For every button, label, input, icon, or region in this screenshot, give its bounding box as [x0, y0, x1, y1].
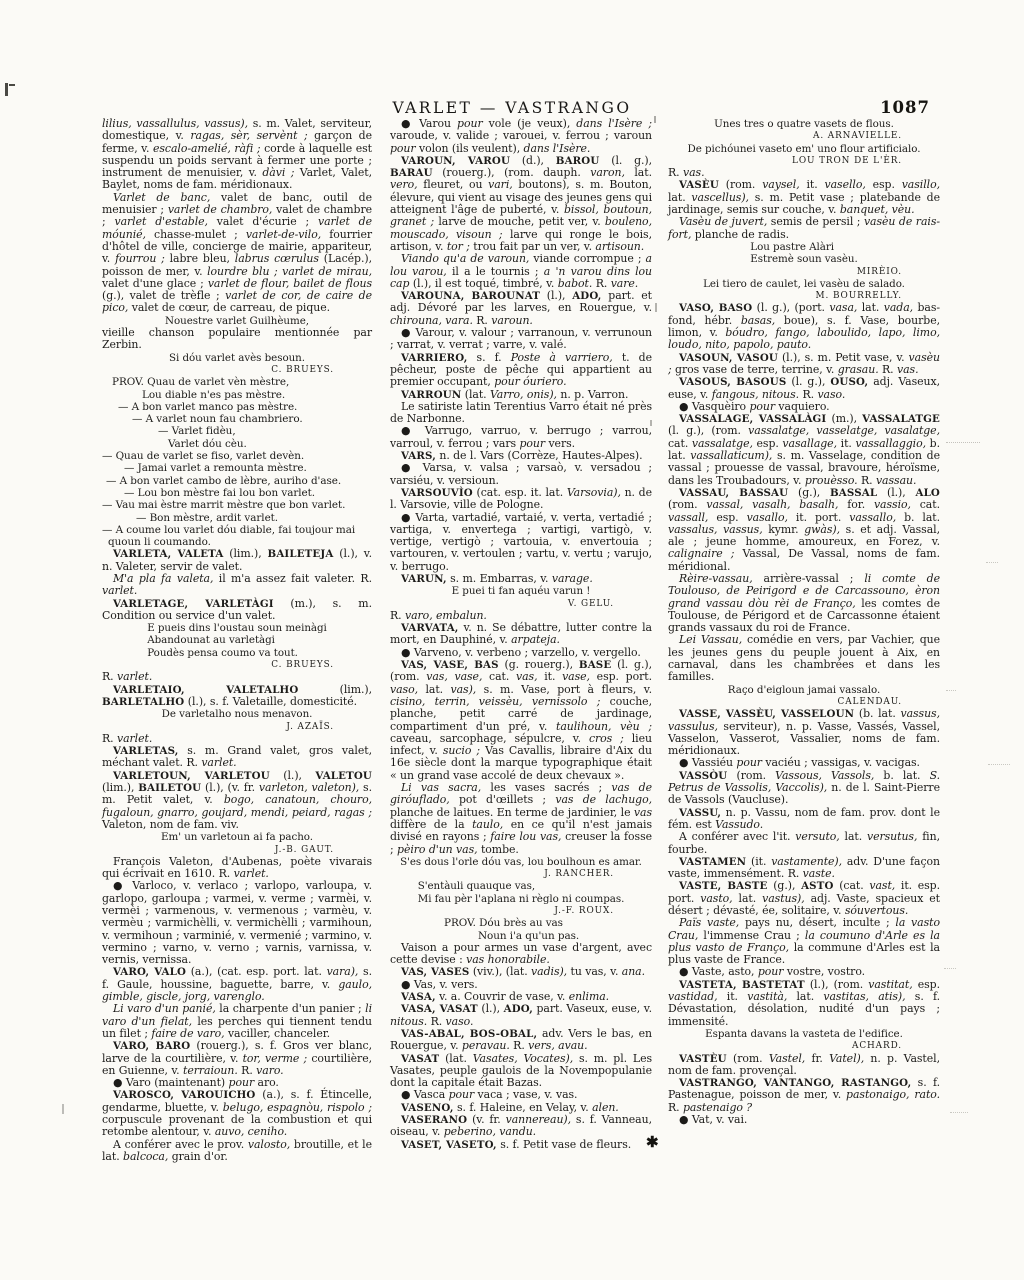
italic-text: dans l'Isère. [524, 142, 591, 155]
italic-text: vasallo, [747, 511, 788, 524]
italic-text: peravau. [462, 1039, 510, 1052]
paragraph: Païs vaste, pays nu, désert, inculte ; l… [668, 917, 940, 966]
headword: VARO, BARO [113, 1040, 190, 1052]
italic-text: Vastel, [769, 1052, 805, 1065]
scan-artifact [986, 562, 998, 563]
italic-text: pour [390, 142, 416, 155]
headword: BARAU [390, 167, 433, 179]
verse-line: Espanta davans la vasteta de l'edifice. [705, 1028, 903, 1040]
italic-text: vascellus), [691, 191, 749, 204]
citation-attribution: J.-F. ROUX. [390, 905, 652, 917]
entry-paragraph: VARO, VALO (a.), (cat. esp. port. lat. v… [102, 966, 372, 1003]
verse-line: Mi fau pèr l'aplana ni règlo ni coumpas. [418, 893, 625, 905]
verse-quote: De pichóunei vaseto em' uno flour artifi… [668, 143, 940, 155]
cross-reference-paragraph: ● Vat, v. vai. [668, 1114, 940, 1126]
italic-text: vastamente), [771, 855, 842, 868]
headword: VARUN, [401, 573, 447, 585]
italic-text: vare. [611, 277, 639, 290]
headword: VAROUN, VAROU [401, 155, 510, 167]
cross-reference-paragraph: ● Vasquèiro pour vaquiero. [668, 401, 940, 413]
headword: VAROSCO, VAROUICHO [113, 1089, 256, 1101]
italic-text: bogo, canatoun, chouro, fugaloun, gnarro… [102, 793, 372, 818]
entry-paragraph: VARLETAS, s. m. Grand valet, gros valet,… [102, 745, 372, 770]
proverb-line: — Quau de varlet se fiso, varlet devèn. [102, 450, 372, 462]
headword: VASOUS, BASOUS [679, 376, 786, 388]
italic-text: vas, vase, [426, 670, 482, 683]
scan-artifact [946, 442, 980, 443]
italic-text: vas. [683, 166, 705, 179]
paragraph: Lei Vassau, comédie en vers, par Vachier… [668, 634, 940, 683]
verse-quote: Unes tres o quatre vasets de flous. [668, 118, 940, 130]
proverb-line: — Vau mai èstre marrit mèstre que bon va… [102, 499, 372, 511]
headword: ALO [915, 487, 940, 499]
italic-text: varlet. [117, 732, 152, 745]
headword: VARVATA, [401, 622, 459, 634]
citation-attribution: MIRÈIO. [668, 266, 940, 278]
headword: VASA, VASAT [401, 1003, 478, 1015]
headword: VARROUN [401, 389, 461, 401]
entry-paragraph: VASSU, n. p. Vassu, nom de fam. prov. do… [668, 807, 940, 832]
italic-text: sucio ; [443, 744, 480, 757]
entry-paragraph: VARO, BARO (rouerg.), s. f. Gros ver bla… [102, 1040, 372, 1077]
italic-text: pèiro d'un vas, [397, 843, 478, 856]
verse-line: Raço d'eigloun jamai vassalo. [728, 684, 880, 696]
headword: VAS-ABAL, BOS-OBAL, [401, 1028, 537, 1040]
headword: VASSU, [679, 807, 721, 819]
verse-lines: De varletalho nous menavon. [162, 708, 313, 720]
column-2: ● Varou pour vole (je veux), dans l'Isèr… [390, 118, 652, 1163]
headword: VASTETA, BASTETAT [679, 979, 805, 991]
italic-text: vase, [562, 670, 590, 683]
scan-artifact [944, 968, 956, 969]
italic-text: varlet. [201, 756, 236, 769]
italic-text: balcoca, [123, 1150, 168, 1163]
verse-lines: Em' un varletoun ai fa pacho. [161, 831, 313, 843]
headword: VASTAMEN [679, 856, 746, 868]
italic-text: prouèsso. [805, 474, 858, 487]
italic-text: cisino, terrin, veissèu, vernissolo ; [390, 695, 600, 708]
entry-paragraph: VARROUN (lat. Varro, onis), n. p. Varron… [390, 389, 652, 401]
italic-text: Poste à varriero, [511, 351, 613, 364]
italic-text: pour [229, 1076, 255, 1089]
italic-text: Païs vaste, [679, 916, 739, 929]
citation-attribution: J.-B. GAUT. [102, 844, 372, 856]
italic-text: M'a pla fa valeta, [113, 572, 213, 585]
italic-text: varo, embalun. [405, 609, 487, 622]
headword: ADO, [504, 1003, 533, 1015]
verse-quote: E pueis dins l'oustau soun meinàgiAbando… [102, 622, 372, 659]
proverb-line: Lou diable n'es pas mèstre. [102, 389, 372, 401]
italic-text: faire lou vas, [490, 830, 561, 843]
cross-reference-paragraph: ● Varour, v. valour ; varranoun, v. verr… [390, 327, 652, 352]
italic-text: tor ; [447, 240, 470, 253]
italic-text: chirouna, vara. [390, 314, 473, 327]
headword: VASENO, [401, 1102, 454, 1114]
page-number: 1087 [880, 98, 930, 117]
headword: ADO, [572, 290, 601, 302]
italic-text: pastonaigo, rato. [846, 1088, 940, 1101]
entry-paragraph: VASTAMEN (it. vastamente), adv. D'une fa… [668, 856, 940, 881]
entry-paragraph: VARLETAGE, VARLETÀGI (m.), s. m. Conditi… [102, 598, 372, 623]
entry-paragraph: VAROUNA, BAROUNAT (l.), ADO, part. et ad… [390, 290, 652, 327]
headword: VASSE, VASSÈU, VASSELOUN [679, 708, 854, 720]
italic-text: varleton, valeton), [259, 781, 359, 794]
paragraph: Vaison a pour armes un vase d'argent, av… [390, 942, 652, 967]
entry-paragraph: VAS, VASE, BAS (g. rouerg.), BASE (l. g.… [390, 659, 652, 782]
italic-text: varlet d'estable, [114, 215, 207, 228]
entry-paragraph: VASSALAGE, VASSALÀGI (m.), VASSALATGE (l… [668, 413, 940, 487]
headword: VARLETAIO, VALETALHO [113, 684, 298, 696]
entry-paragraph: VARLETOUN, VARLETOU (l.), VALETOU (lim.)… [102, 770, 372, 831]
running-head: VARLET — VASTRANGO [0, 99, 1024, 117]
italic-text: bóudro, fango, laboulido, lapo, limo, lo… [668, 326, 940, 351]
verse-line: Lei tiero de caulet, lei vasèu de salado… [703, 278, 905, 290]
italic-text: calignaire ; [668, 547, 734, 560]
entry-paragraph: VASÈU (rom. vaysel, it. vasello, esp. va… [668, 179, 940, 216]
italic-text: varoun. [491, 314, 533, 327]
italic-text: varo. [256, 1064, 283, 1077]
paragraph: A conférer avec le prov. valosto, brouti… [102, 1139, 372, 1164]
paragraph: Le satiriste latin Terentius Varro était… [390, 401, 652, 426]
verse-line: Unes tres o quatre vasets de flous. [714, 118, 894, 130]
italic-text: vassallo, [849, 511, 896, 524]
headword: VAS, VASES [401, 966, 469, 978]
italic-text: varlet de mirau, [282, 265, 372, 278]
text-columns: lilius, vassallulus, vassus), s. m. Vale… [102, 118, 940, 1163]
italic-text: Vatel), [829, 1052, 864, 1065]
italic-text: pour [519, 437, 545, 450]
italic-text: Lei Vassau, [679, 633, 742, 646]
headword: VARS, [401, 450, 436, 462]
verse-quote: Lei tiero de caulet, lei vasèu de salado… [668, 278, 940, 290]
italic-text: varlet. [117, 670, 152, 683]
verse-line: Em' un varletoun ai fa pacho. [161, 831, 313, 843]
italic-text: vaso. [446, 1015, 474, 1028]
italic-text: pour [449, 1088, 475, 1101]
italic-text: banquet, vèu. [840, 203, 915, 216]
dictionary-page: VARLET — VASTRANGO 1087 lilius, vassallu… [0, 0, 1024, 1280]
paragraph: Varlet de banc, valet de banc, outil de … [102, 192, 372, 315]
citation-attribution: J. RANCHER. [390, 868, 652, 880]
proverb-line: — A coume lou varlet dóu diable, fai tou… [102, 524, 372, 536]
italic-text: Vasates, Vocates), [473, 1052, 573, 1065]
headword: VASTE, BASTE [679, 880, 768, 892]
paragraph: Li varo d'un panié, la charpente d'un pa… [102, 1003, 372, 1040]
italic-text: versuto, [795, 830, 839, 843]
verse-lines: Unes tres o quatre vasets de flous. [714, 118, 894, 130]
italic-text: pour [758, 965, 784, 978]
verse-line: De pichóunei vaseto em' uno flour artifi… [688, 143, 921, 155]
column-3: Unes tres o quatre vasets de flous.A. AR… [668, 118, 940, 1163]
italic-text: vasallage, [782, 437, 837, 450]
italic-text: vas de lachugo, [555, 793, 652, 806]
proverb-line: Varlet dóu cèu. [102, 438, 372, 450]
italic-text: Vassous, Vassols, [775, 769, 874, 782]
entry-paragraph: VASSÒU (rom. Vassous, Vassols, b. lat. S… [668, 770, 940, 807]
italic-text: vers, avau. [528, 1039, 587, 1052]
italic-text: vaste. [803, 867, 835, 880]
entry-paragraph: VASET, VASETO, s. f. Petit vase de fleur… [390, 1139, 652, 1151]
italic-text: belugo, espagnòu, rispolo ; [223, 1101, 372, 1114]
headword: BAROU [556, 155, 600, 167]
entry-paragraph: VASAT (lat. Vasates, Vocates), s. m. pl.… [390, 1053, 652, 1090]
proverb-lines: PROV. Dóu brès au vasNoun i'a qu'un pas. [390, 917, 652, 942]
scan-artifact [988, 764, 1010, 765]
italic-text: babot. [558, 277, 593, 290]
italic-text: Li vas sacra, [401, 781, 481, 794]
entry-paragraph: VASTRANGO, VANTANGO, RASTANGO, s. f. Pas… [668, 1077, 940, 1114]
entry-paragraph: VASA, VASAT (l.), ADO, part. Vaseux, eus… [390, 1003, 652, 1028]
italic-text: gaulo, gimble, giscle, jorg, varenglo. [102, 978, 372, 1003]
italic-text: vassalatge, [692, 437, 753, 450]
entry-paragraph: VARRIERO, s. f. Poste à varriero, t. de … [390, 352, 652, 389]
italic-text: taulo, [472, 818, 503, 831]
italic-text: varlet de cor, de caire de pico, [102, 289, 372, 314]
entry-paragraph: VARVATA, v. n. Se débattre, lutter contr… [390, 622, 652, 647]
headword: VALETOU [315, 770, 372, 782]
citation-attribution: A. ARNAVIELLE. [668, 130, 940, 142]
italic-text: taulihoun, vèu ; [556, 720, 652, 733]
italic-text: vasillo, [902, 178, 940, 191]
verse-lines: S'es dous l'orle dóu vas, lou boulhoun e… [400, 856, 642, 868]
verse-line: E puei ti fan aquéu varun ! [452, 585, 591, 597]
italic-text: pour [736, 756, 762, 769]
verse-lines: Si dóu varlet avès besoun. [169, 352, 305, 364]
entry-paragraph: VASSAU, BASSAU (g.), BASSAL (l.), ALO (r… [668, 487, 940, 573]
italic-text: vassall, [668, 511, 708, 524]
scan-artifact [654, 116, 656, 123]
headword: VARRIERO, [401, 352, 467, 364]
paragraph: Vasèu de juvert, semis de persil ; vasèu… [668, 216, 940, 241]
scan-artifact [650, 420, 652, 426]
italic-text: ragas, sèr, servènt ; [190, 129, 307, 142]
italic-text: Varsovia), [567, 486, 621, 499]
verse-lines: Espanta davans la vasteta de l'edifice. [705, 1028, 903, 1040]
headword: BASE [579, 659, 611, 671]
italic-text: faire de varo, [151, 1027, 224, 1040]
verse-quote: Lou pastre AlàriEstremè soun vasèu. [668, 241, 940, 266]
italic-text: la coumuno d'Arle es la plus vasto de Fr… [668, 929, 940, 954]
entry-paragraph: VAS, VASES (viv.), (lat. vadis), tu vas,… [390, 966, 652, 978]
italic-text: vastus), [762, 892, 805, 905]
entry-paragraph: VAS-ABAL, BOS-OBAL, adv. Vers le bas, en… [390, 1028, 652, 1053]
cross-reference-paragraph: ● Varloco, v. verlaco ; varlopo, varloup… [102, 880, 372, 966]
cross-reference-paragraph: ● Varou pour vole (je veux), dans l'Isèr… [390, 118, 652, 155]
paragraph: Viando qu'a de varoun, viande corrompue … [390, 253, 652, 290]
italic-text: vas), [451, 683, 477, 696]
proverb-line: — A varlet noun fau chambriero. [102, 413, 372, 425]
italic-text: versutus, [867, 830, 917, 843]
entry-paragraph: VAROSCO, VAROUICHO (a.), s. f. Étincelle… [102, 1089, 372, 1138]
proverb-line: — Jamai varlet a remounta mèstre. [102, 462, 372, 474]
verse-quote: Espanta davans la vasteta de l'edifice. [668, 1028, 940, 1040]
italic-text: artisoun. [595, 240, 644, 253]
headword: VAROUNA, BAROUNAT [401, 290, 540, 302]
verse-quote: S'es dous l'orle dóu vas, lou boulhoun e… [390, 856, 652, 868]
italic-text: pour [749, 400, 775, 413]
headword: VASSALATGE [862, 413, 940, 425]
italic-text: dàvi ; [262, 166, 294, 179]
entry-paragraph: VASO, BASO (l. g.), (port. vasa, lat. va… [668, 302, 940, 351]
paragraph: François Valeton, d'Aubenas, poète vivar… [102, 856, 372, 881]
headword: ASTO [801, 880, 833, 892]
headword: VASÈU [679, 179, 719, 191]
headword: BAILETOU [138, 782, 201, 794]
headword: VASO, BASO [679, 302, 752, 314]
verse-line: S'entàuli quauque vas, [418, 880, 625, 892]
italic-text: lourdre blu ; [207, 265, 278, 278]
italic-text: Rèire-vassau, [679, 572, 753, 585]
italic-text: Li varo d'un panié, [113, 1002, 216, 1015]
continuation-paragraph: vieille chanson populaire mentionnée par… [102, 327, 372, 352]
italic-text: dans l'Isère ; [576, 117, 652, 130]
headword: OUSO, [830, 376, 868, 388]
cross-reference-paragraph: ● Varrugo, varruo, v. berrugo ; varrou, … [390, 425, 652, 450]
italic-text: vara), [327, 965, 359, 978]
proverb-line: PROV. Quau de varlet vèn mèstre, [102, 376, 372, 388]
headword: VASAT [401, 1053, 439, 1065]
italic-text: varon, [590, 166, 625, 179]
headword: VARO, VALO [113, 966, 186, 978]
italic-text: grasau. [838, 363, 879, 376]
verse-lines: Raço d'eigloun jamai vassalo. [728, 684, 880, 696]
verse-lines: Lei tiero de caulet, lei vasèu de salado… [703, 278, 905, 290]
italic-text: lilius, vassallulus, vassus), [102, 117, 248, 130]
paragraph: A conférer avec l'it. versuto, lat. vers… [668, 831, 940, 856]
italic-text: peberino, vandu. [444, 1125, 536, 1138]
paragraph: M'a pla fa valeta, il m'a assez fait val… [102, 573, 372, 598]
italic-text: varage. [552, 572, 593, 585]
italic-text: pour [457, 117, 483, 130]
italic-text: vassio, [874, 498, 911, 511]
italic-text: varlet. [102, 584, 137, 597]
italic-text: Vasèu de juvert, [679, 215, 767, 228]
scan-artifact [9, 84, 15, 86]
italic-text: sóuvertous. [845, 904, 908, 917]
citation-attribution: C. BRUEYS. [102, 364, 372, 376]
italic-text: vannereau), [506, 1113, 571, 1126]
entry-paragraph: VARLETAIO, VALETALHO (lim.), BARLETALHO … [102, 684, 372, 709]
italic-text: gwàs), [804, 523, 840, 536]
italic-text: fourrou ; [115, 252, 165, 265]
headword: BAILETEJA [268, 548, 334, 560]
headword: VASSALAGE, VASSALÀGI [679, 413, 826, 425]
italic-text: vastitas, atis), [823, 990, 905, 1003]
italic-text: Varro, onis), [490, 388, 557, 401]
paragraph: Rèire-vassau, arrière-vassal ; li comte … [668, 573, 940, 634]
italic-text: basas, [741, 314, 775, 327]
verse-line: Si dóu varlet avès besoun. [169, 352, 305, 364]
italic-text: nitous. [390, 1015, 427, 1028]
entry-paragraph: VARUN, s. m. Embarras, v. varage. [390, 573, 652, 585]
italic-text: vasa, [829, 301, 857, 314]
italic-text: varlet. [234, 867, 269, 880]
italic-text: auvo, ceniho. [215, 1125, 287, 1138]
italic-text: vassal, vasalh, basalh, [706, 498, 838, 511]
cross-reference-paragraph: ● Varta, vartadié, vartaié, v. verta, ve… [390, 512, 652, 573]
italic-text: vero, [390, 178, 418, 191]
italic-text: vari, [488, 178, 513, 191]
italic-text: Varlet de banc, [113, 191, 210, 204]
verse-line: S'es dous l'orle dóu vas, lou boulhoun e… [400, 856, 642, 868]
verse-quote: S'entàuli quauque vas,Mi fau pèr l'aplan… [390, 880, 652, 905]
italic-text: alen. [592, 1101, 619, 1114]
italic-text: Vassudo. [715, 818, 763, 831]
headword: VARLETA, VALETA [113, 548, 223, 560]
italic-text: vast, [869, 879, 895, 892]
proverb-line: PROV. Dóu brès au vas [390, 917, 652, 929]
headword: VASTÈU [679, 1053, 727, 1065]
cross-reference-paragraph: ● Varsa, v. valsa ; varsaò, v. versadou … [390, 462, 652, 487]
paragraph: Li vas sacra, les vases sacrés ; vas de … [390, 782, 652, 856]
proverb-line: — Bon mèstre, ardit varlet. [102, 512, 372, 524]
proverb-line: — A bon varlet manco pas mèstre. [102, 401, 372, 413]
headword: BASSAL [830, 487, 877, 499]
entry-paragraph: VASOUN, VASOU (l.), s. m. Petit vase, v.… [668, 352, 940, 377]
headword: VARSOUVÌO [401, 487, 473, 499]
continuation-paragraph: R. varlet. [102, 671, 372, 683]
entry-paragraph: VASTÈU (rom. Vastel, fr. Vatel), n. p. V… [668, 1053, 940, 1078]
verse-quote: Raço d'eigloun jamai vassalo. [668, 684, 940, 696]
italic-text: varlet de chambro, [168, 203, 273, 216]
italic-text: arpateja. [511, 633, 560, 646]
verse-lines: E pueis dins l'oustau soun meinàgiAbando… [147, 622, 327, 659]
headword: VARLETAGE, VARLETÀGI [113, 598, 274, 610]
italic-text: vasto, [700, 892, 732, 905]
italic-text: vassalatge, vasselatge, vasalatge, [748, 424, 940, 437]
italic-text: vas [634, 806, 652, 819]
italic-text: ana. [622, 965, 645, 978]
entry-paragraph: VASERANO (v. fr. vannereau), s. f. Vanne… [390, 1114, 652, 1139]
verse-line: De varletalho nous menavon. [162, 708, 313, 720]
italic-text: cros ; [589, 732, 624, 745]
margin-asterisk-icon: ✱ [646, 1133, 659, 1151]
entry-paragraph: VAROUN, VAROU (d.), BAROU (l. g.), BARAU… [390, 155, 652, 253]
italic-text: vas, [516, 670, 538, 683]
entry-paragraph: VASTETA, BASTETAT (l.), (rom. vastitat, … [668, 979, 940, 1028]
entry-paragraph: VASTE, BASTE (g.), ASTO (cat. vast, it. … [668, 880, 940, 917]
italic-text: varlet-de-vilo, [246, 228, 321, 241]
verse-lines: De pichóunei vaseto em' uno flour artifi… [688, 143, 921, 155]
italic-text: vaysel, [762, 178, 799, 191]
verse-quote: De varletalho nous menavon. [102, 708, 372, 720]
verse-quote: Em' un varletoun ai fa pacho. [102, 831, 372, 843]
italic-text: terraioun. [183, 1064, 238, 1077]
italic-text: vadis), [531, 965, 567, 978]
headword: BARLETALHO [102, 696, 184, 708]
citation-attribution: LOU TRON DE L'ÈR. [668, 155, 940, 167]
verse-quote: E puei ti fan aquéu varun ! [390, 585, 652, 597]
italic-text: vaso. [817, 388, 845, 401]
italic-text: vassalus, vassus, [668, 523, 763, 536]
verse-lines: Lou pastre AlàriEstremè soun vasèu. [750, 241, 857, 266]
column-1: lilius, vassallulus, vassus), s. m. Vale… [102, 118, 372, 1163]
scan-artifact [655, 303, 657, 312]
headword: VARLETOUN, VARLETOU [113, 770, 270, 782]
italic-text: labrus cœrulus [235, 252, 319, 265]
italic-text: tor, verme ; [243, 1052, 308, 1065]
italic-text: vas honorabile. [466, 953, 550, 966]
scan-artifact [62, 1104, 64, 1114]
verse-line: Estremè soun vasèu. [750, 253, 857, 265]
italic-text: vada, [884, 301, 913, 314]
headword: VAS, VASE, BAS [401, 659, 499, 671]
headword: VASSAU, BASSAU [679, 487, 788, 499]
headword: VASERANO [401, 1114, 467, 1126]
verse-quote: Si dóu varlet avès besoun. [102, 352, 372, 364]
italic-text: vastitat, [868, 978, 912, 991]
verse-line: Poudès pensa coumo va tout. [147, 647, 327, 659]
